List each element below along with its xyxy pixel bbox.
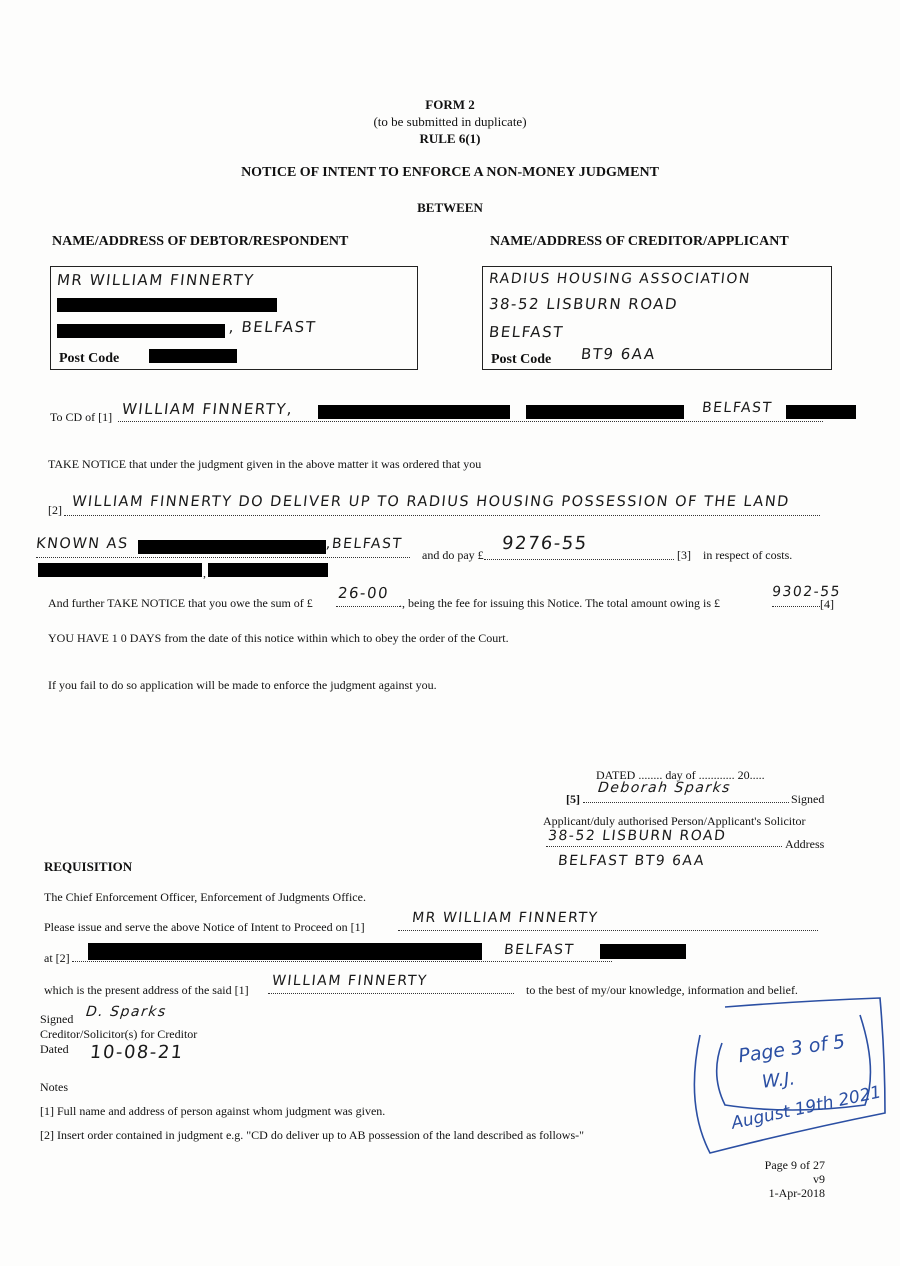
req-signed-value: D. Sparks <box>85 1004 167 1020</box>
redacted-land-address <box>138 540 326 554</box>
issue-name: MR WILLIAM FINNERTY <box>411 910 599 926</box>
creditor-name: RADIUS HOUSING ASSOCIATION <box>488 271 751 287</box>
redacted-to-cd-postcode <box>786 405 856 419</box>
redacted-land-address3 <box>208 563 328 577</box>
pay-suffix: in respect of costs. <box>703 548 792 563</box>
pay-ref: [3] <box>677 548 691 563</box>
footer-page-number: Page 9 of 27 <box>765 1158 825 1173</box>
debtor-postcode-label: Post Code <box>59 351 119 367</box>
footer-date: 1-Apr-2018 <box>769 1186 825 1201</box>
pay-amount: 9276-55 <box>501 533 589 554</box>
redacted-requisition-address <box>88 943 482 960</box>
req-dated-value: 10-08-21 <box>89 1042 185 1063</box>
order-ref: [2] <box>48 503 62 518</box>
form-subtitle: (to be submitted in duplicate) <box>0 114 900 130</box>
signatory-address-line2: BELFAST BT9 6AA <box>557 853 706 869</box>
order-text-line1: WILLIAM FINNERTY DO DELIVER UP TO RADIUS… <box>71 494 790 510</box>
order-text-line2-prefix: KNOWN AS <box>35 536 129 552</box>
further-notice-mid: ., being the fee for issuing this Notice… <box>399 596 720 611</box>
creditor-postcode-label: Post Code <box>491 352 551 368</box>
redacted-address-line2 <box>57 324 225 338</box>
note-item-2: [2] Insert order contained in judgment e… <box>40 1128 584 1143</box>
signatory-role: Applicant/duly authorised Person/Applica… <box>543 814 805 829</box>
address-label: Address <box>785 837 824 852</box>
fail-notice: If you fail to do so application will be… <box>48 678 437 693</box>
signature-value: Deborah Sparks <box>597 780 732 796</box>
req-dated-label: Dated <box>40 1042 69 1057</box>
between-label: BETWEEN <box>0 200 900 216</box>
form-number: FORM 2 <box>0 97 900 113</box>
further-notice-prefix: And further TAKE NOTICE that you owe the… <box>48 596 313 611</box>
creditor-solicitor-label: Creditor/Solicitor(s) for Creditor <box>40 1027 197 1042</box>
creditor-postcode: BT9 6AA <box>580 345 657 363</box>
creditor-heading: NAME/ADDRESS OF CREDITOR/APPLICANT <box>490 234 789 250</box>
redacted-requisition-postcode <box>600 944 686 959</box>
signatory-address-line1: 38-52 LISBURN ROAD <box>547 828 727 844</box>
total-ref: [4] <box>820 597 834 612</box>
redacted-separator: , <box>203 566 206 581</box>
redacted-debtor-postcode <box>149 349 237 363</box>
at-label: at [2] <box>44 951 70 966</box>
order-text-line2-city: ,BELFAST <box>325 536 403 552</box>
to-cd-label: To CD of [1] <box>50 410 112 425</box>
debtor-address-box: MR WILLIAM FINNERTY , BELFAST Post Code <box>50 266 418 370</box>
redacted-to-cd-address1 <box>318 405 510 419</box>
redacted-to-cd-address2 <box>526 405 684 419</box>
debtor-name: MR WILLIAM FINNERTY <box>56 271 256 289</box>
present-address-label: which is the present address of the said… <box>44 983 249 998</box>
days-notice: YOU HAVE 1 0 DAYS from the date of this … <box>48 631 509 646</box>
annotation-initials: W.J. <box>761 1068 796 1092</box>
to-cd-city: BELFAST <box>701 400 773 416</box>
take-notice-text: TAKE NOTICE that under the judgment give… <box>48 457 481 472</box>
to-cd-name: WILLIAM FINNERTY, <box>121 400 294 418</box>
debtor-heading: NAME/ADDRESS OF DEBTOR/RESPONDENT <box>52 234 348 250</box>
creditor-street: 38-52 LISBURN ROAD <box>488 295 679 313</box>
redacted-land-address2 <box>38 563 202 577</box>
notes-heading: Notes <box>40 1080 68 1095</box>
footer-version: v9 <box>813 1172 825 1187</box>
issue-label: Please issue and serve the above Notice … <box>44 920 365 935</box>
present-name: WILLIAM FINNERTY <box>271 973 428 989</box>
page-title: NOTICE OF INTENT TO ENFORCE A NON-MONEY … <box>0 165 900 181</box>
requisition-addressee: The Chief Enforcement Officer, Enforceme… <box>44 890 366 905</box>
note-item-1: [1] Full name and address of person agai… <box>40 1104 385 1119</box>
at-city: BELFAST <box>503 942 575 958</box>
redacted-address-line1 <box>57 298 277 312</box>
debtor-city: , BELFAST <box>228 318 317 336</box>
creditor-address-box: RADIUS HOUSING ASSOCIATION 38-52 LISBURN… <box>482 266 832 370</box>
form-rule: RULE 6(1) <box>0 131 900 147</box>
signature-ref: [5] <box>566 792 580 807</box>
requisition-heading: REQUISITION <box>44 859 132 875</box>
creditor-city: BELFAST <box>488 323 565 341</box>
fee-amount: 26-00 <box>337 584 390 602</box>
pay-label: and do pay £ <box>422 548 484 563</box>
req-signed-label: Signed <box>40 1012 73 1027</box>
signed-label: Signed <box>791 792 824 807</box>
